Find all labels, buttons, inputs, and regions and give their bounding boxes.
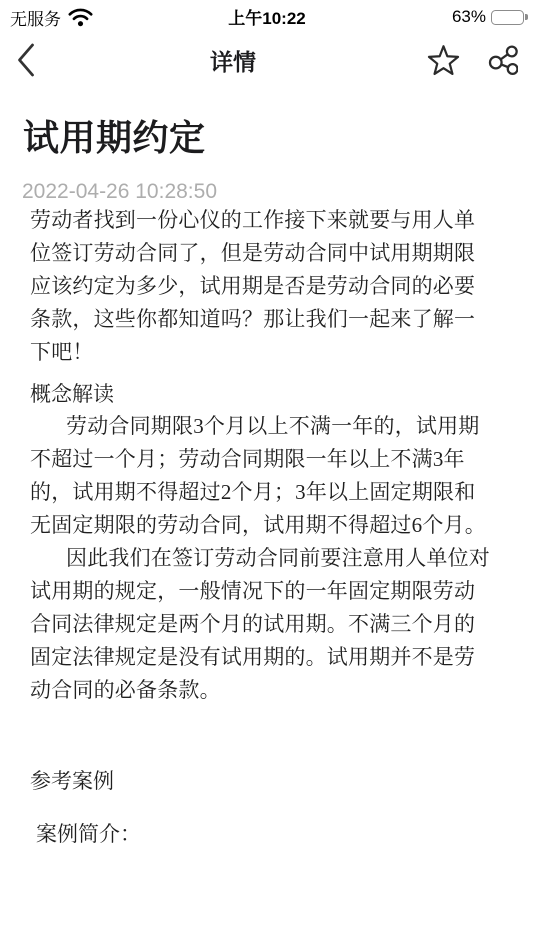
status-bar: 无服务 上午10:22 63%: [0, 0, 534, 30]
status-right: 63%: [452, 7, 524, 27]
share-button[interactable]: [487, 45, 518, 76]
nav-actions: [406, 43, 518, 78]
back-button[interactable]: [16, 42, 60, 78]
battery-nub: [525, 14, 528, 20]
status-left: 无服务: [10, 5, 94, 30]
paragraph-intro: 劳动者找到一份心仪的工作接下来就要与用人单 位签订劳动合同了，但是劳动合同中试用…: [30, 204, 490, 369]
star-icon: [426, 43, 461, 78]
nav-bar: 详情: [0, 30, 534, 90]
wifi-icon: [67, 7, 94, 27]
section-heading-reference-case: 参考案例: [30, 767, 490, 797]
paragraph-advice: 因此我们在签订劳动合同前要注意用人单位对 试用期的规定，一般情况下的一年固定期限…: [30, 542, 490, 707]
section-heading-concept: 概念解读: [30, 380, 490, 410]
share-icon: [487, 45, 518, 76]
battery-icon: [491, 10, 524, 25]
page-title: 详情: [60, 44, 406, 77]
app-screen: 无服务 上午10:22 63% 详情: [0, 0, 534, 950]
article-timestamp: 2022-04-26 10:28:50: [22, 180, 490, 204]
section-heading-case-intro: 案例简介：: [36, 820, 490, 850]
carrier-label: 无服务: [10, 5, 61, 30]
article-content: 试用期约定 2022-04-26 10:28:50 劳动者找到一份心仪的工作接下…: [0, 117, 534, 850]
chevron-left-icon: [16, 42, 36, 78]
article-title: 试用期约定: [23, 117, 490, 159]
favorite-button[interactable]: [426, 43, 461, 78]
battery-percent: 63%: [452, 7, 486, 27]
paragraph-probation-limits: 劳动合同期限3个月以上不满一年的，试用期 不超过一个月；劳动合同期限一年以上不满…: [30, 410, 490, 542]
